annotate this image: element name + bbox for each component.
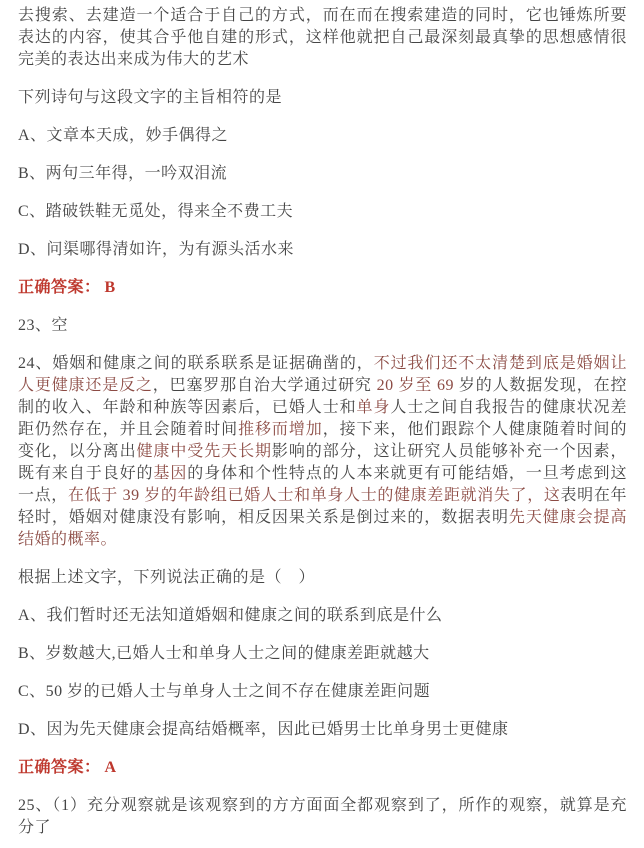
answer-22-value: B (101, 279, 116, 296)
answer-22-label: 正确答案： (18, 279, 101, 296)
document-page: 去搜索、去建造一个适合于自己的方式，而在而在搜索建造的同时，它也锤炼所要表达的内… (0, 0, 644, 848)
question-24-option-b: B、岁数越大,已婚人士和单身人士之间的健康差距就越大 (18, 643, 627, 665)
question-23: 23、空 (18, 315, 627, 337)
answer-24: 正确答案：A (18, 757, 627, 779)
question-22-option-a: A、文章本天成，妙手偶得之 (18, 125, 627, 147)
question-24-option-c: C、50 岁的已婚人士与单身人士之间不存在健康差距问题 (18, 681, 627, 703)
answer-22: 正确答案：B (18, 277, 627, 299)
question-24-option-d: D、因为先天健康会提高结婚概率，因此已婚男士比单身男士更健康 (18, 719, 627, 741)
question-22-option-c: C、踏破铁鞋无觅处，得来全不费工夫 (18, 201, 627, 223)
answer-24-label: 正确答案： (18, 759, 101, 776)
question-24-stem: 根据上述文字，下列说法正确的是（ ） (18, 567, 627, 589)
passage-22: 去搜索、去建造一个适合于自己的方式，而在而在搜索建造的同时，它也锤炼所要表达的内… (18, 5, 627, 71)
question-25: 25、（1）充分观察就是该观察到的方方面面全都观察到了，所作的观察，就算是充分了 (18, 795, 627, 839)
question-22-option-b: B、两句三年得，一吟双泪流 (18, 163, 627, 185)
passage-24: 24、婚姻和健康之间的联系联系是证据确凿的，不过我们还不太清楚到底是婚姻让人更健… (18, 353, 627, 551)
answer-24-value: A (101, 759, 117, 776)
question-22-stem: 下列诗句与这段文字的主旨相符的是 (18, 87, 627, 109)
question-24-option-a: A、我们暂时还无法知道婚姻和健康之间的联系到底是什么 (18, 605, 627, 627)
question-22-option-d: D、问渠哪得清如许，为有源头活水来 (18, 239, 627, 261)
